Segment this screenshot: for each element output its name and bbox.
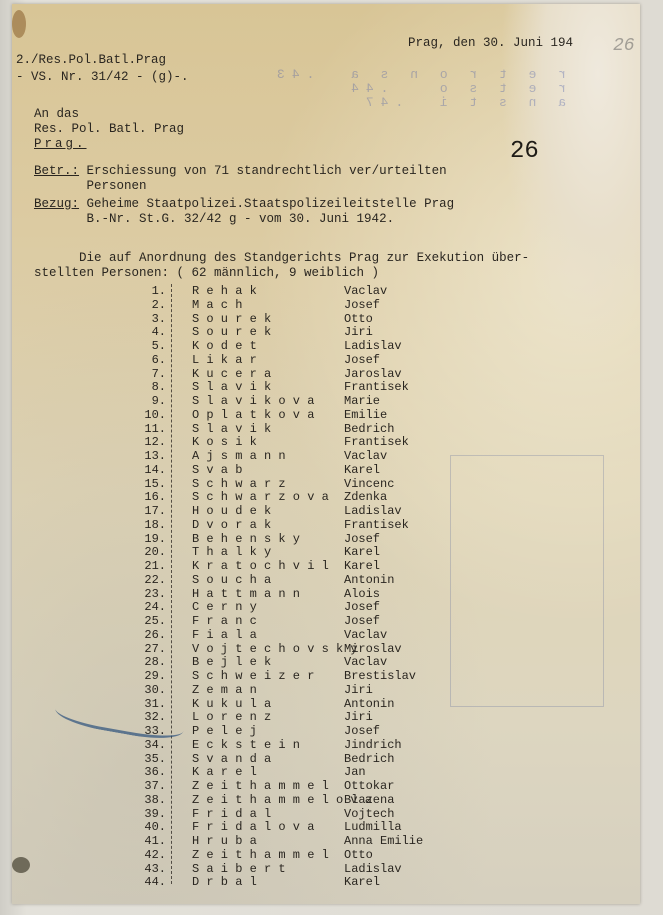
person-given-name: Jiri bbox=[344, 325, 373, 339]
person-number: 43. bbox=[128, 862, 166, 876]
person-surname: Kodet bbox=[192, 339, 264, 353]
person-number: 32. bbox=[128, 710, 166, 724]
person-number: 11. bbox=[128, 422, 166, 436]
person-number: 18. bbox=[128, 518, 166, 532]
address-line2: Res. Pol. Batl. Prag bbox=[34, 122, 184, 136]
person-given-name: Frantisek bbox=[344, 435, 409, 449]
person-surname: Eckstein bbox=[192, 738, 307, 752]
person-given-name: Karel bbox=[344, 545, 380, 559]
header-reference: 2./Res.Pol.Batl.Prag - VS. Nr. 31/42 - (… bbox=[16, 52, 189, 86]
person-number: 30. bbox=[128, 683, 166, 697]
person-given-name: Karel bbox=[344, 559, 380, 573]
address-line1: An das bbox=[34, 107, 79, 121]
person-given-name: Vaclav bbox=[344, 628, 387, 642]
person-number: 5. bbox=[128, 339, 166, 353]
address-line3: Prag. bbox=[34, 137, 87, 151]
person-surname: Karel bbox=[192, 765, 264, 779]
person-given-name: Otto bbox=[344, 848, 373, 862]
person-number: 1. bbox=[128, 284, 166, 298]
person-surname: Houdek bbox=[192, 504, 278, 518]
person-number: 42. bbox=[128, 848, 166, 862]
person-given-name: Josef bbox=[344, 532, 380, 546]
person-number: 25. bbox=[128, 614, 166, 628]
person-given-name: Otto bbox=[344, 312, 373, 326]
person-surname: Slavikova bbox=[192, 394, 322, 408]
person-number: 38. bbox=[128, 793, 166, 807]
person-given-name: Ladislav bbox=[344, 339, 402, 353]
person-number: 21. bbox=[128, 559, 166, 573]
person-number: 23. bbox=[128, 587, 166, 601]
person-surname: Ajsmann bbox=[192, 449, 293, 463]
pencil-page-number: 26 bbox=[613, 36, 635, 56]
page-number: 26 bbox=[510, 138, 539, 165]
person-number: 28. bbox=[128, 655, 166, 669]
person-given-name: Bedrich bbox=[344, 422, 394, 436]
person-surname: Mach bbox=[192, 298, 250, 312]
punch-hole bbox=[12, 857, 30, 873]
reference-label: Bezug: bbox=[34, 197, 79, 211]
person-given-name: Emilie bbox=[344, 408, 387, 422]
subject-line2: Personen bbox=[87, 179, 147, 193]
person-number: 44. bbox=[128, 875, 166, 889]
person-given-name: Jindrich bbox=[344, 738, 402, 752]
person-number: 15. bbox=[128, 477, 166, 491]
person-given-name: Jiri bbox=[344, 683, 373, 697]
person-number: 20. bbox=[128, 545, 166, 559]
recipient-address: An das Res. Pol. Batl. Prag Prag. bbox=[34, 107, 184, 152]
person-surname: Oplatkova bbox=[192, 408, 322, 422]
person-given-name: Ladislav bbox=[344, 504, 402, 518]
person-number: 6. bbox=[128, 353, 166, 367]
person-surname: Thalky bbox=[192, 545, 278, 559]
header-ref-line2: - VS. Nr. 31/42 - (g)-. bbox=[16, 70, 189, 84]
person-surname: Schwarzova bbox=[192, 490, 336, 504]
person-surname: Schwarz bbox=[192, 477, 293, 491]
person-surname: Zeithammel bbox=[192, 848, 336, 862]
person-surname: Dvorak bbox=[192, 518, 278, 532]
person-number: 27. bbox=[128, 642, 166, 656]
person-surname: Saibert bbox=[192, 862, 293, 876]
person-surname: Cerny bbox=[192, 600, 264, 614]
intro-paragraph: Die auf Anordnung des Standgerichts Prag… bbox=[34, 251, 529, 281]
bleed-through-stamp-box bbox=[450, 455, 604, 707]
person-surname: Behensky bbox=[192, 532, 307, 546]
person-number: 33. bbox=[128, 724, 166, 738]
person-number: 26. bbox=[128, 628, 166, 642]
person-number: 22. bbox=[128, 573, 166, 587]
person-number: 41. bbox=[128, 834, 166, 848]
person-surname: Sourek bbox=[192, 325, 278, 339]
person-given-name: Frantisek bbox=[344, 518, 409, 532]
person-surname: Svab bbox=[192, 463, 250, 477]
person-number: 29. bbox=[128, 669, 166, 683]
person-number: 36. bbox=[128, 765, 166, 779]
person-number: 24. bbox=[128, 600, 166, 614]
torn-corner bbox=[500, 4, 640, 354]
person-number: 4. bbox=[128, 325, 166, 339]
person-surname: Rehak bbox=[192, 284, 264, 298]
person-number: 8. bbox=[128, 380, 166, 394]
person-given-name: Anna Emilie bbox=[344, 834, 423, 848]
subject-label: Betr.: bbox=[34, 164, 79, 178]
header-ref-line1: 2./Res.Pol.Batl.Prag bbox=[16, 53, 166, 67]
person-number: 34. bbox=[128, 738, 166, 752]
person-given-name: Josef bbox=[344, 600, 380, 614]
person-number: 16. bbox=[128, 490, 166, 504]
person-given-name: Jan bbox=[344, 765, 366, 779]
person-given-name: Zdenka bbox=[344, 490, 387, 504]
intro-line1: Die auf Anordnung des Standgerichts Prag… bbox=[79, 251, 529, 265]
person-surname: Hruba bbox=[192, 834, 264, 848]
person-surname: Zeman bbox=[192, 683, 264, 697]
rust-stain bbox=[12, 10, 26, 38]
person-number: 37. bbox=[128, 779, 166, 793]
person-given-name: Frantisek bbox=[344, 380, 409, 394]
person-surname: Vojtechovsky bbox=[192, 642, 365, 656]
person-surname: Kucera bbox=[192, 367, 278, 381]
person-number: 40. bbox=[128, 820, 166, 834]
person-given-name: Josef bbox=[344, 724, 380, 738]
person-surname: Drbal bbox=[192, 875, 264, 889]
person-given-name: Bedrich bbox=[344, 752, 394, 766]
person-given-name: Brestislav bbox=[344, 669, 416, 683]
person-number: 19. bbox=[128, 532, 166, 546]
person-surname: Pelej bbox=[192, 724, 264, 738]
person-given-name: Josef bbox=[344, 614, 380, 628]
person-surname: Lorenz bbox=[192, 710, 278, 724]
person-given-name: Vaclav bbox=[344, 655, 387, 669]
person-number: 31. bbox=[128, 697, 166, 711]
person-surname: Fridal bbox=[192, 807, 278, 821]
person-given-name: Antonin bbox=[344, 573, 394, 587]
person-surname: Kratochvil bbox=[192, 559, 336, 573]
reference-line2: B.-Nr. St.G. 32/42 g - vom 30. Juni 1942… bbox=[87, 212, 395, 226]
intro-line2: stellten Personen: ( 62 männlich, 9 weib… bbox=[34, 266, 379, 280]
subject-block: Betr.: Erschiessung von 71 standrechtlic… bbox=[34, 164, 447, 194]
person-number: 10. bbox=[128, 408, 166, 422]
person-given-name: Vaclav bbox=[344, 284, 387, 298]
person-number: 14. bbox=[128, 463, 166, 477]
person-number: 3. bbox=[128, 312, 166, 326]
person-surname: Fridalova bbox=[192, 820, 322, 834]
person-given-name: Marie bbox=[344, 394, 380, 408]
person-number: 39. bbox=[128, 807, 166, 821]
person-given-name: Miroslav bbox=[344, 642, 402, 656]
person-surname: Slavik bbox=[192, 422, 278, 436]
reference-block: Bezug: Geheime Staatpolizei.Staatspolize… bbox=[34, 197, 454, 227]
person-given-name: Jiri bbox=[344, 710, 373, 724]
subject-line1: Erschiessung von 71 standrechtlich ver/u… bbox=[87, 164, 447, 178]
list-bracket bbox=[171, 284, 176, 884]
person-given-name: Vincenc bbox=[344, 477, 394, 491]
person-given-name: Vaclav bbox=[344, 449, 387, 463]
person-surname: Slavik bbox=[192, 380, 278, 394]
person-given-name: Antonin bbox=[344, 697, 394, 711]
person-given-name: Alois bbox=[344, 587, 380, 601]
person-number: 9. bbox=[128, 394, 166, 408]
person-given-name: Karel bbox=[344, 463, 380, 477]
person-surname: Zeithammel bbox=[192, 779, 336, 793]
person-surname: Likar bbox=[192, 353, 264, 367]
person-given-name: Blazena bbox=[344, 793, 394, 807]
person-surname: Bejlek bbox=[192, 655, 278, 669]
person-number: 2. bbox=[128, 298, 166, 312]
person-surname: Kosik bbox=[192, 435, 264, 449]
document-date: Prag, den 30. Juni 194 bbox=[408, 36, 573, 50]
person-given-name: Josef bbox=[344, 298, 380, 312]
person-given-name: Ludmilla bbox=[344, 820, 402, 834]
person-surname: Schweizer bbox=[192, 669, 322, 683]
person-number: 7. bbox=[128, 367, 166, 381]
person-number: 12. bbox=[128, 435, 166, 449]
person-surname: Fiala bbox=[192, 628, 264, 642]
person-given-name: Josef bbox=[344, 353, 380, 367]
bleed-through-text: r e t r o n s a .43 r e t s o .44 a n s … bbox=[270, 68, 566, 110]
person-number: 17. bbox=[128, 504, 166, 518]
person-number: 35. bbox=[128, 752, 166, 766]
person-surname: Hattmann bbox=[192, 587, 307, 601]
person-given-name: Karel bbox=[344, 875, 380, 889]
person-surname: Soucha bbox=[192, 573, 278, 587]
person-surname: Svanda bbox=[192, 752, 278, 766]
person-surname: Kukula bbox=[192, 697, 278, 711]
person-surname: Franc bbox=[192, 614, 264, 628]
person-given-name: Ladislav bbox=[344, 862, 402, 876]
person-given-name: Vojtech bbox=[344, 807, 394, 821]
person-surname: Sourek bbox=[192, 312, 278, 326]
reference-line1: Geheime Staatpolizei.Staatspolizeileitst… bbox=[87, 197, 455, 211]
person-given-name: Ottokar bbox=[344, 779, 394, 793]
person-number: 13. bbox=[128, 449, 166, 463]
person-given-name: Jaroslav bbox=[344, 367, 402, 381]
